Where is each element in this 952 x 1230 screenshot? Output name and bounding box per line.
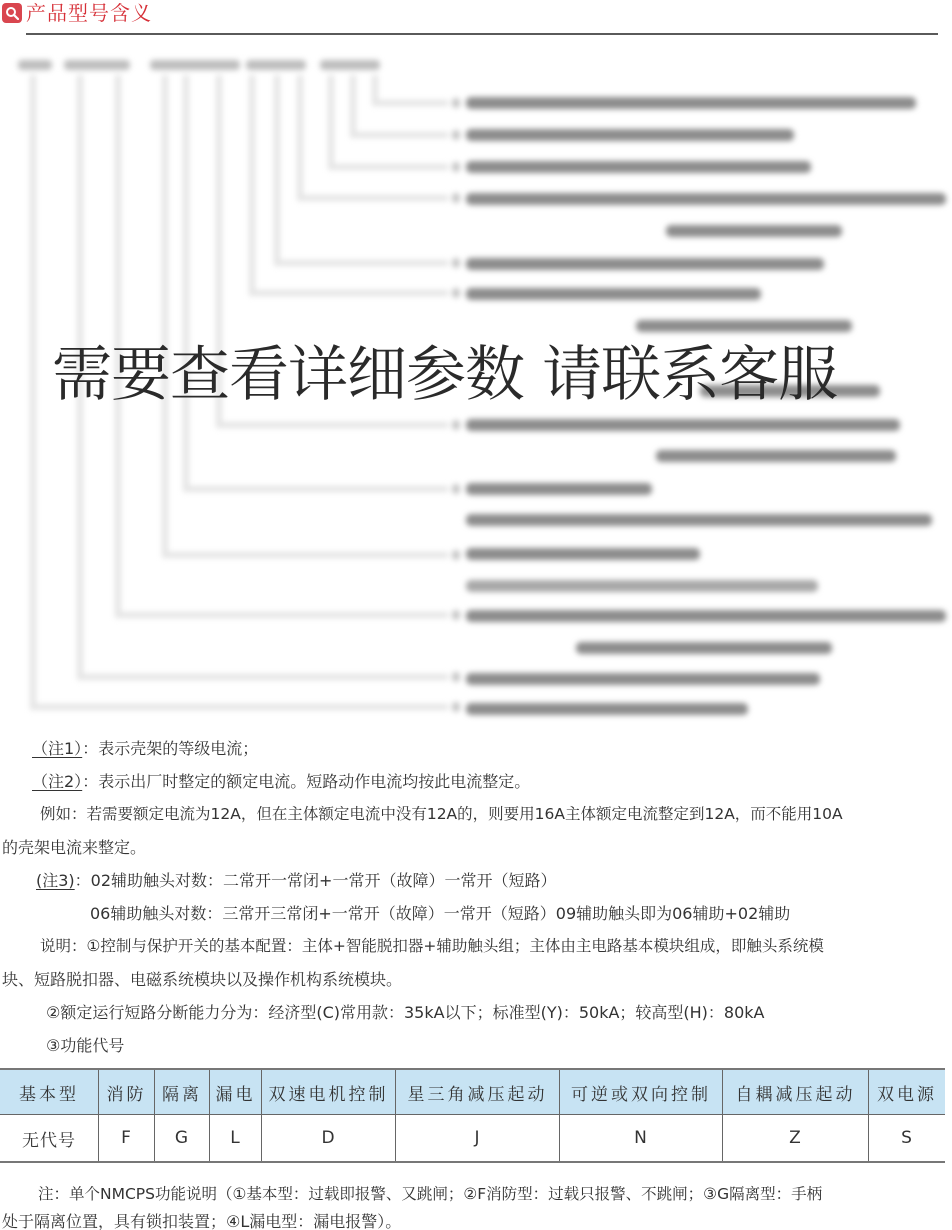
table-cell: 无代号 (0, 1115, 99, 1163)
note-3-text: ：02辅助触头对数：二常开一常闭+一常开（故障）一常开（短路） (75, 871, 557, 890)
table-header-row: 基本型 消防 隔离 漏电 双速电机控制 星三角减压起动 可逆或双向控制 自耦减压… (0, 1069, 945, 1115)
model-code-diagram: 需要查看详细参数 请联系客服 (0, 40, 952, 730)
table-header-cell: 消防 (99, 1069, 155, 1115)
function-code-table: 基本型 消防 隔离 漏电 双速电机控制 星三角减压起动 可逆或双向控制 自耦减压… (0, 1068, 945, 1163)
header-divider (26, 33, 938, 35)
note-2-tag: （注2） (32, 772, 82, 791)
note-1-tag: （注1） (32, 739, 82, 758)
footnote-line-1: 注：单个NMCPS功能说明（①基本型：过载即报警、又跳闸；②F消防型：过载只报警… (0, 1180, 952, 1208)
table-header-cell: 双速电机控制 (262, 1069, 396, 1115)
explain-line-1: 说明：①控制与保护开关的基本配置：主体+智能脱扣器+辅助触头组；主体由主电路基本… (40, 930, 824, 963)
table-header-cell: 可逆或双向控制 (560, 1069, 723, 1115)
contact-service-watermark: 需要查看详细参数 请联系客服 (52, 337, 837, 413)
section-title: 产品型号含义 (26, 1, 152, 25)
search-icon (2, 3, 22, 23)
table-header-cell: 漏电 (210, 1069, 262, 1115)
explain-item-3: ③功能代号 (46, 1029, 124, 1062)
note-3: (注3)：02辅助触头对数：二常开一常闭+一常开（故障）一常开（短路） (36, 864, 556, 897)
table-cell: N (560, 1115, 723, 1163)
section-header: 产品型号含义 (0, 0, 152, 26)
note-1-text: ：表示壳架的等级电流； (82, 739, 258, 758)
note-2-text: ：表示出厂时整定的额定电流。短路动作电流均按此电流整定。 (82, 772, 530, 791)
table-header-cell: 自耦减压起动 (723, 1069, 869, 1115)
table-cell: S (869, 1115, 946, 1163)
note-1: （注1）：表示壳架的等级电流； (32, 732, 258, 765)
explain-item-2: ②额定运行短路分断能力分为：经济型(C)常用款：35kA以下；标准型(Y)：50… (46, 996, 765, 1029)
table-cell: J (396, 1115, 560, 1163)
table-row: 无代号 F G L D J N Z S (0, 1115, 945, 1163)
note-3-tag: (注3) (36, 871, 75, 890)
table-header-cell: 双电源 (869, 1069, 946, 1115)
table-cell: F (99, 1115, 155, 1163)
example-line-1: 例如：若需要额定电流为12A，但在主体额定电流中没有12A的，则要用16A主体额… (40, 798, 843, 831)
note-2: （注2）：表示出厂时整定的额定电流。短路动作电流均按此电流整定。 (32, 765, 530, 798)
table-header-cell: 基本型 (0, 1069, 99, 1115)
table-header-cell: 星三角减压起动 (396, 1069, 560, 1115)
table-header-cell: 隔离 (155, 1069, 210, 1115)
explain-line-2: 块、短路脱扣器、电磁系统模块以及操作机构系统模块。 (2, 963, 402, 996)
footnote: 注：单个NMCPS功能说明（①基本型：过载即报警、又跳闸；②F消防型：过载只报警… (0, 1180, 952, 1230)
note-3-line-2: 06辅助触头对数：三常开三常闭+一常开（故障）一常开（短路）09辅助触头即为06… (90, 897, 790, 930)
example-line-2: 的壳架电流来整定。 (2, 831, 146, 864)
table-cell: Z (723, 1115, 869, 1163)
table-cell: D (262, 1115, 396, 1163)
table-cell: L (210, 1115, 262, 1163)
footnote-line-2: 处于隔离位置，具有锁扣装置；④L漏电型：漏电报警）。 (0, 1208, 952, 1230)
table-cell: G (155, 1115, 210, 1163)
